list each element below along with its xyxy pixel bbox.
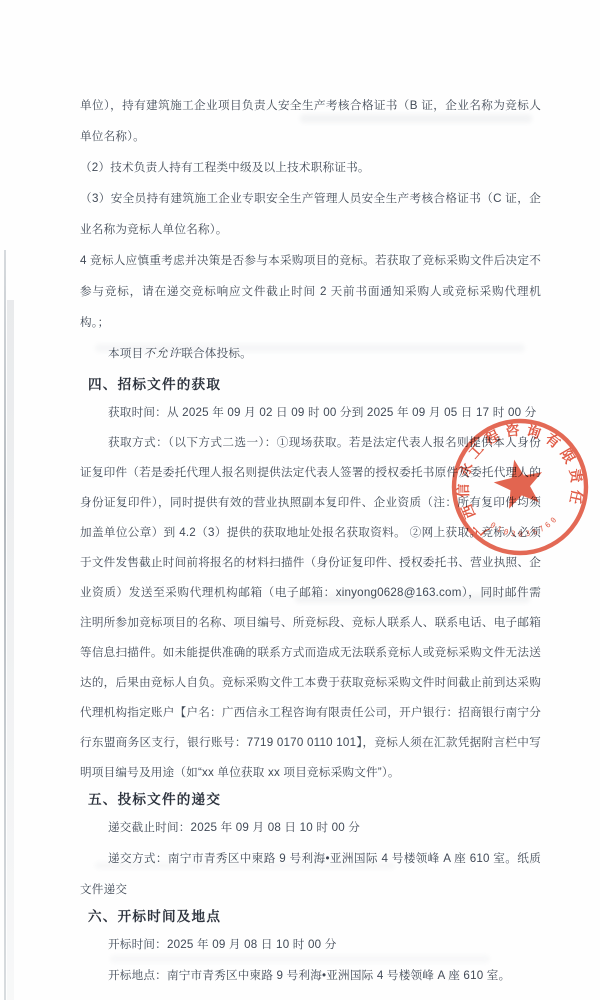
section-heading-submit-documents: 五、投标文件的递交	[88, 788, 541, 812]
paragraph-cert-c: （3）安全员持有建筑施工企业专职安全生产管理人员安全生产考核合格证书（C 证，企…	[80, 183, 541, 245]
company-seal-graphic: 广西信永工程咨询有限责任公司 0103035760	[445, 412, 595, 562]
scan-edge-line	[4, 250, 6, 1000]
section-heading-bid-opening: 六、开标时间及地点	[88, 905, 541, 929]
seal-serial-text: 0103035760	[487, 507, 563, 546]
no-consortium-prefix: 本项目	[108, 347, 143, 360]
company-seal: 广西信永工程咨询有限责任公司 0103035760	[445, 412, 595, 562]
paragraph-submit-deadline: 递交截止时间：2025 年 09 月 08 日 10 时 00 分	[80, 812, 541, 843]
paragraph-withdraw-notice: 4 竞标人应慎重考虑并决策是否参与本采购项目的竞标。若获取了竞标采购文件后决定不…	[80, 245, 541, 338]
paragraph-cert-b: 单位），持有建筑施工企业项目负责人安全生产考核合格证书（B 证，企业名称为竞标人…	[80, 90, 541, 152]
document-page: 单位），持有建筑施工企业项目负责人安全生产考核合格证书（B 证，企业名称为竞标人…	[0, 0, 600, 1000]
paragraph-tech-title: （2）技术负责人持有工程类中级及以上技术职称证书。	[80, 152, 541, 183]
star-icon	[490, 454, 548, 510]
paragraph-submit-method: 递交方式：南宁市青秀区中柬路 9 号利海•亚洲国际 4 号楼领峰 A 座 610…	[80, 843, 541, 905]
section-heading-obtain-documents: 四、招标文件的获取	[88, 373, 541, 397]
scan-edge-shadow	[7, 300, 14, 1000]
paragraph-opening-time: 开标时间：2025 年 09 月 08 日 10 时 00 分	[80, 929, 541, 960]
paragraph-no-consortium: 本项目不允许联合体投标。	[80, 338, 541, 369]
no-consortium-emphasis: 不允许	[143, 347, 181, 360]
no-consortium-suffix: 联合体投标。	[181, 347, 252, 360]
paragraph-opening-place: 开标地点：南宁市青秀区中柬路 9 号利海•亚洲国际 4 号楼领峰 A 座 610…	[80, 960, 541, 991]
